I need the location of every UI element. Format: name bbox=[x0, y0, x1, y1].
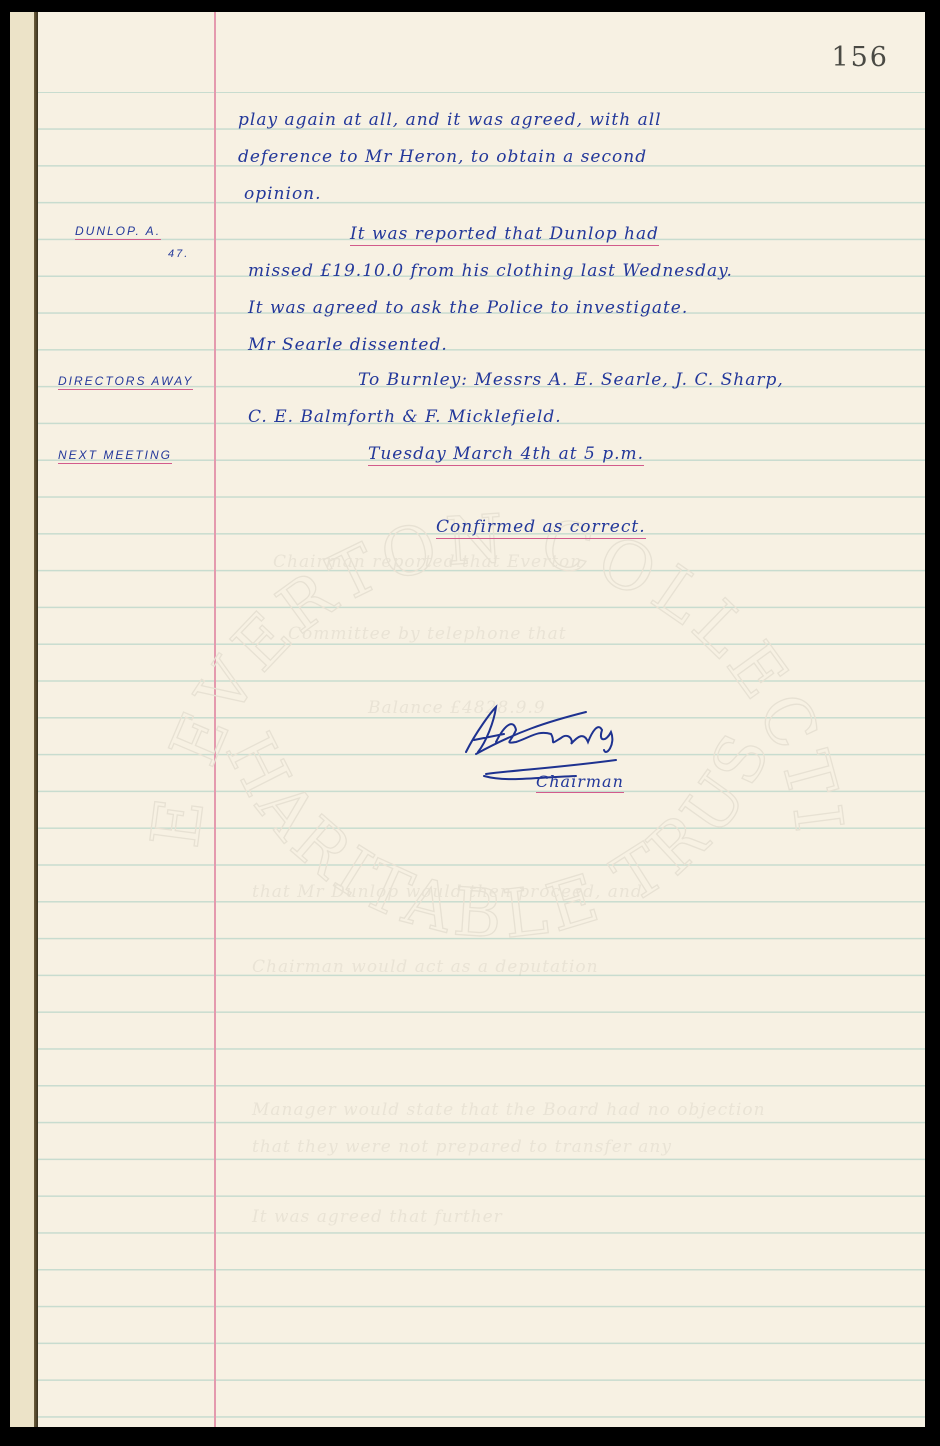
signature-title-line: Chairman bbox=[536, 772, 624, 791]
margin-note-minute-number: 47. bbox=[168, 248, 189, 260]
margin-heading-directors-away: DIRECTORS AWAY bbox=[58, 374, 193, 390]
bleed-through-text: It was agreed that further bbox=[252, 1207, 503, 1227]
underlined-phrase: Tuesday March 4th at 5 p.m. bbox=[368, 444, 644, 466]
svg-text:CHARITABLE TRUST: CHARITABLE TRUST bbox=[108, 392, 787, 954]
bleed-through-text: that they were not prepared to transfer … bbox=[252, 1137, 672, 1157]
bleed-through-text: that Mr Dunlop would then proceed, and bbox=[252, 882, 643, 902]
body-line: opinion. bbox=[244, 184, 322, 204]
body-line: play again at all, and it was agreed, wi… bbox=[238, 110, 662, 130]
page-header-area bbox=[38, 12, 925, 92]
item-line: Mr Searle dissented. bbox=[248, 335, 448, 355]
underlined-phrase: It was reported that Dunlop had bbox=[350, 224, 659, 246]
confirmation-text: Confirmed as correct. bbox=[436, 517, 646, 539]
item-line: It was agreed to ask the Police to inves… bbox=[248, 298, 688, 318]
signature-scrawl bbox=[456, 702, 676, 812]
bleed-through-text: Chairman reported that Everton bbox=[273, 552, 582, 572]
bleed-through-text: Committee by telephone that bbox=[288, 624, 567, 644]
page-number: 156 bbox=[831, 42, 889, 73]
bleed-through-text: Manager would state that the Board had n… bbox=[252, 1100, 766, 1120]
item-line: It was reported that Dunlop had bbox=[350, 224, 659, 244]
item-line: C. E. Balmforth & F. Micklefield. bbox=[248, 407, 562, 427]
margin-heading-next-meeting: NEXT MEETING bbox=[58, 448, 172, 464]
watermark-bottom-text: CHARITABLE TRUST bbox=[108, 392, 787, 954]
item-line: missed £19.10.0 from his clothing last W… bbox=[248, 261, 733, 281]
item-line: To Burnley: Messrs A. E. Searle, J. C. S… bbox=[358, 370, 784, 390]
item-line: Tuesday March 4th at 5 p.m. bbox=[368, 444, 644, 464]
margin-rule bbox=[214, 12, 216, 1427]
bleed-through-text: Chairman would act as a deputation bbox=[252, 957, 599, 977]
signature-title: Chairman bbox=[536, 772, 624, 793]
chairman-signature-block: Chairman bbox=[456, 702, 676, 817]
ledger-page: 156 Chairman reported that Everton Commi… bbox=[38, 12, 925, 1427]
confirmation-line: Confirmed as correct. bbox=[436, 517, 646, 537]
margin-heading-dunlop: DUNLOP. A. bbox=[75, 224, 161, 240]
body-line: deference to Mr Heron, to obtain a secon… bbox=[238, 147, 647, 167]
